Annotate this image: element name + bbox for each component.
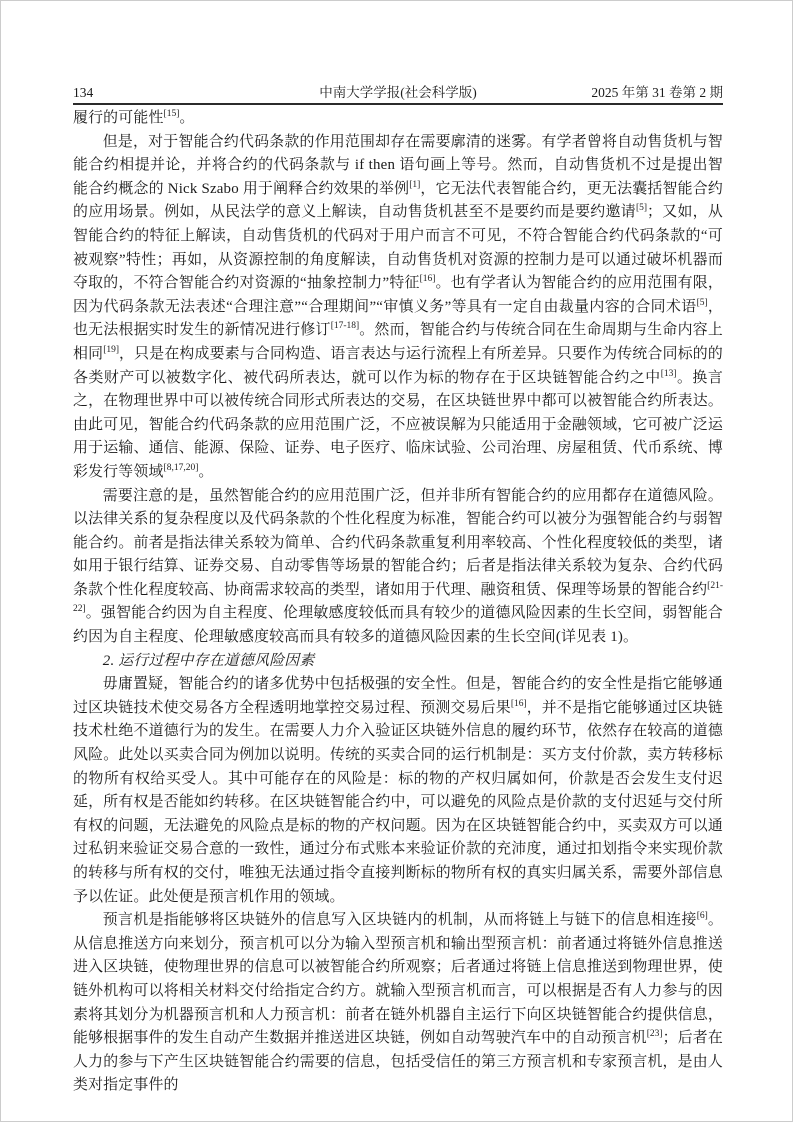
citation-ref: [17-18] xyxy=(331,321,360,331)
citation-ref: [13] xyxy=(661,369,677,379)
citation-ref: [15] xyxy=(164,109,180,119)
journal-title: 中南大学学报(社会科学版) xyxy=(319,84,477,102)
section-heading: 2. 运行过程中存在道德风险因素 xyxy=(73,650,723,674)
paragraph: 毋庸置疑，智能合约的诸多优势中包括极强的安全性。但是，智能合约的安全性是指它能够… xyxy=(73,673,723,909)
paragraph: 预言机是指能够将区块链外的信息写入区块链内的机制，从而将链上与链下的信息相连接[… xyxy=(73,909,723,1098)
citation-ref: [5] xyxy=(636,203,647,213)
citation-ref: [19] xyxy=(103,345,119,355)
paragraph: 但是，对于智能合约代码条款的作用范围却存在需要廓清的迷雾。有学者曾将自动售货机与… xyxy=(73,131,723,485)
header-rule xyxy=(73,103,723,105)
citation-ref: [21-22] xyxy=(73,581,723,615)
citation-ref: [5] xyxy=(697,298,708,308)
citation-ref: [8,17,20] xyxy=(164,463,199,473)
journal-page: 134 中南大学学报(社会科学版) 2025 年第 31 卷第 2 期 履行的可… xyxy=(0,0,793,1122)
citation-ref: [16] xyxy=(511,699,527,709)
citation-ref: [16] xyxy=(420,274,436,284)
paragraph: 履行的可能性[15]。 xyxy=(73,107,723,131)
running-head: 134 中南大学学报(社会科学版) 2025 年第 31 卷第 2 期 xyxy=(73,84,723,102)
citation-ref: [6] xyxy=(697,911,708,921)
article-body: 履行的可能性[15]。但是，对于智能合约代码条款的作用范围却存在需要廓清的迷雾。… xyxy=(73,107,723,1098)
issue-info: 2025 年第 31 卷第 2 期 xyxy=(591,84,723,102)
citation-ref: [1] xyxy=(409,180,420,190)
paragraph: 需要注意的是，虽然智能合约的应用范围广泛，但并非所有智能合约的应用都存在道德风险… xyxy=(73,485,723,650)
citation-ref: [23] xyxy=(647,1029,663,1039)
page-number: 134 xyxy=(73,84,93,102)
